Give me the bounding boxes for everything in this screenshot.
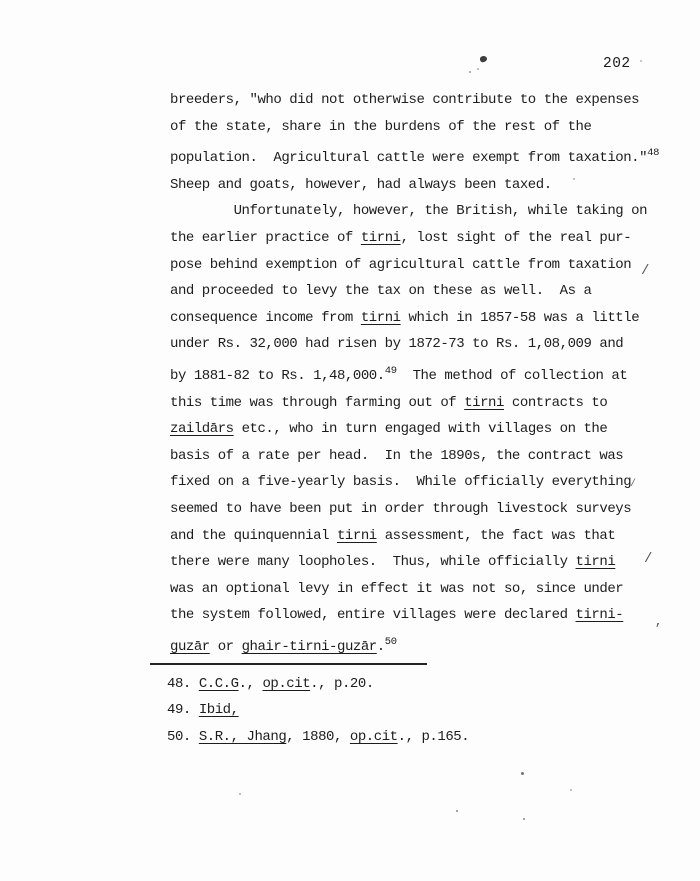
text-segment: fixed on a five-yearly basis. While offi… <box>170 474 631 490</box>
underlined-term: tirni <box>464 395 504 411</box>
body-line: guzār or ghair-tirni-guzār.50 <box>170 629 675 661</box>
text-segment: this time was through farming out of <box>170 395 464 411</box>
footnote-separator <box>150 663 427 665</box>
ink-speck <box>570 789 572 791</box>
text-segment: 49. <box>167 702 199 718</box>
text-segment: by 1881-82 to Rs. 1,48,000. <box>170 368 385 384</box>
document-page: 202 breeders, "who did not otherwise con… <box>0 0 700 881</box>
body-line: pose behind exemption of agricultural ca… <box>170 252 675 279</box>
body-line: consequence income from tirni which in 1… <box>170 305 675 332</box>
body-line: Sheep and goats, however, had always bee… <box>170 172 675 199</box>
footnote-line: 48. C.C.G., op.cit., p.20. <box>167 671 672 697</box>
ink-mark: / <box>630 479 636 490</box>
underlined-term: tirni <box>576 554 616 570</box>
text-segment: The method of collection at <box>397 368 628 384</box>
body-line: of the state, share in the burdens of th… <box>170 114 675 141</box>
ink-speck <box>523 818 525 820</box>
text-segment: ., p.20. <box>310 676 374 692</box>
text-segment: of the state, share in the burdens of th… <box>170 119 591 135</box>
underlined-term: guzār <box>170 639 210 655</box>
underlined-term: S.R., Jhang <box>199 729 286 745</box>
ink-speck <box>521 772 524 775</box>
ink-mark: / <box>641 263 649 279</box>
body-line: and the quinquennial tirni assessment, t… <box>170 523 675 550</box>
text-segment: . <box>377 639 385 655</box>
text-segment: the earlier practice of <box>170 230 361 246</box>
body-line: fixed on a five-yearly basis. While offi… <box>170 469 675 496</box>
text-segment: the system followed, entire villages wer… <box>170 607 576 623</box>
footnote-reference: 50 <box>385 636 397 648</box>
body-line: population. Agricultural cattle were exe… <box>170 140 675 172</box>
underlined-term: ghair-tirni-guzār <box>242 639 377 655</box>
text-segment: contracts to <box>504 395 607 411</box>
body-line: basis of a rate per head. In the 1890s, … <box>170 443 675 470</box>
text-segment: seemed to have been put in order through… <box>170 501 631 517</box>
underlined-term: tirni- <box>576 607 624 623</box>
text-segment: breeders, "who did not otherwise contrib… <box>170 92 639 108</box>
text-segment: ., <box>239 676 263 692</box>
body-line: was an optional levy in effect it was no… <box>170 576 675 603</box>
footnote-line: 49. Ibid, <box>167 697 672 723</box>
body-line: the system followed, entire villages wer… <box>170 602 675 629</box>
underlined-term: tirni <box>337 528 377 544</box>
body-line: the earlier practice of tirni, lost sigh… <box>170 225 675 252</box>
ink-speck <box>479 55 487 63</box>
body-line: and proceeded to levy the tax on these a… <box>170 278 675 305</box>
body-line: by 1881-82 to Rs. 1,48,000.49 The method… <box>170 358 675 390</box>
ink-speck <box>456 810 458 812</box>
footnote-reference: 48 <box>647 147 659 159</box>
text-segment: 50. <box>167 729 199 745</box>
text-segment: Unfortunately, however, the British, whi… <box>170 203 647 219</box>
ink-mark: / <box>644 551 652 567</box>
underlined-term: op.cit <box>262 676 310 692</box>
text-segment: , lost sight of the real pur- <box>401 230 632 246</box>
underlined-term: zaildārs <box>170 421 234 437</box>
page-number: 202 <box>603 56 631 72</box>
text-segment: pose behind exemption of agricultural ca… <box>170 257 631 273</box>
underlined-term: C.C.G <box>199 676 239 692</box>
text-segment: Sheep and goats, however, had always bee… <box>170 177 552 193</box>
ink-mark: , <box>655 615 662 629</box>
text-segment: which in 1857-58 was a little <box>401 310 640 326</box>
body-line: breeders, "who did not otherwise contrib… <box>170 87 675 114</box>
text-segment: and the quinquennial <box>170 528 337 544</box>
footnote-line: 50. S.R., Jhang, 1880, op.cit., p.165. <box>167 724 672 750</box>
text-segment: population. Agricultural cattle were exe… <box>170 150 647 166</box>
text-segment: and proceeded to levy the tax on these a… <box>170 283 591 299</box>
body-text: breeders, "who did not otherwise contrib… <box>170 87 675 660</box>
text-segment: 48. <box>167 676 199 692</box>
body-line: there were many loopholes. Thus, while o… <box>170 549 675 576</box>
body-line: under Rs. 32,000 had risen by 1872-73 to… <box>170 331 675 358</box>
text-segment: basis of a rate per head. In the 1890s, … <box>170 448 623 464</box>
text-segment: under Rs. 32,000 had risen by 1872-73 to… <box>170 336 623 352</box>
underlined-term: tirni <box>361 230 401 246</box>
text-segment: , 1880, <box>286 729 350 745</box>
text-segment: consequence income from <box>170 310 361 326</box>
body-line: seemed to have been put in order through… <box>170 496 675 523</box>
footnote-reference: 49 <box>385 365 397 377</box>
underlined-term: Ibid, <box>199 702 239 718</box>
text-segment: there were many loopholes. Thus, while o… <box>170 554 576 570</box>
ink-speck <box>477 68 479 70</box>
text-segment: was an optional levy in effect it was no… <box>170 581 623 597</box>
body-line: this time was through farming out of tir… <box>170 390 675 417</box>
text-segment: or <box>210 639 242 655</box>
body-line: zaildārs etc., who in turn engaged with … <box>170 416 675 443</box>
text-segment: etc., who in turn engaged with villages … <box>234 421 608 437</box>
body-line: Unfortunately, however, the British, whi… <box>170 198 675 225</box>
ink-speck <box>573 178 575 180</box>
footnotes: 48. C.C.G., op.cit., p.20.49. Ibid,50. S… <box>167 671 672 750</box>
ink-speck <box>469 71 471 73</box>
ink-speck <box>640 60 642 62</box>
text-segment: ., p.165. <box>398 729 470 745</box>
ink-speck <box>239 793 241 795</box>
underlined-term: op.cit <box>350 729 398 745</box>
underlined-term: tirni <box>361 310 401 326</box>
text-segment: assessment, the fact was that <box>377 528 616 544</box>
